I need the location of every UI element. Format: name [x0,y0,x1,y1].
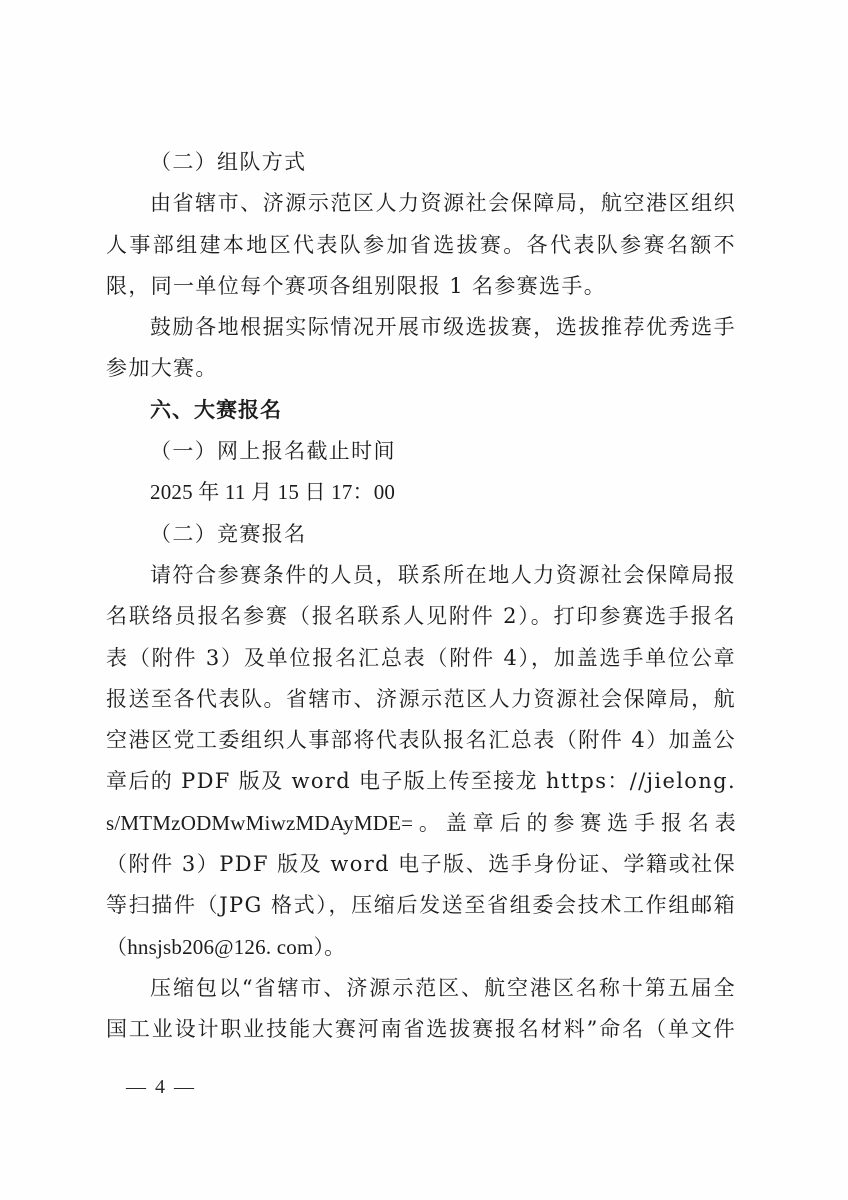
paragraph-line: 名联络员报名参赛（报名联系人见附件 2）。打印参赛选手报名 [106,596,736,637]
paragraph-line: （附件 3）PDF 版及 word 电子版、选手身份证、学籍或社保证明 [106,844,736,885]
paragraph-line-with-url: 章后的 PDF 版及 word 电子版上传至接龙 https：//jielong… [106,761,736,802]
paragraph-line: 由省辖市、济源示范区人力资源社会保障局，航空港区组织 [106,183,736,224]
paragraph-line: 表（附件 3）及单位报名汇总表（附件 4），加盖选手单位公章后 [106,638,736,679]
paragraph-line: 请符合参赛条件的人员，联系所在地人力资源社会保障局报 [106,555,736,596]
paragraph-line: 压缩包以“省辖市、济源示范区、航空港区名称十第五届全 [106,968,736,1009]
paragraph-line: 空港区党工委组织人事部将代表队报名汇总表（附件 4）加盖公 [106,720,736,761]
paragraph-line: 等扫描件（JPG 格式），压缩后发送至省组委会技术工作组邮箱 [106,885,736,926]
paragraph-line: 参加大赛。 [106,348,736,389]
document-body: （二）组队方式 由省辖市、济源示范区人力资源社会保障局，航空港区组织 人事部组建… [106,142,736,1051]
paragraph-line: 报送至各代表队。省辖市、济源示范区人力资源社会保障局，航 [106,679,736,720]
document-page: （二）组队方式 由省辖市、济源示范区人力资源社会保障局，航空港区组织 人事部组建… [0,0,848,1200]
paragraph-line: 人事部组建本地区代表队参加省选拔赛。各代表队参赛名额不 [106,225,736,266]
deadline-value: 2025 年 11 月 15 日 17：00 [106,472,736,513]
paragraph-line-email: （hnsjsb206@126. com）。 [106,927,736,968]
paragraph-line: 国工业设计职业技能大赛河南省选拔赛报名材料”命名（单文件 [106,1009,736,1050]
page-number: — 4 — [126,1073,196,1101]
section-heading-registration: 六、大赛报名 [106,390,736,431]
paragraph-line: 限，同一单位每个赛项各组别限报 1 名参赛选手。 [106,266,736,307]
paragraph-line-with-url: s/MTMzODMwMiwzMDAyMDE=。盖章后的参赛选手报名表 [106,803,736,844]
section-subheading-deadline: （一）网上报名截止时间 [106,431,736,472]
section-subheading-competition-registration: （二）竞赛报名 [106,514,736,555]
section-subheading-team-formation: （二）组队方式 [106,142,736,183]
paragraph-line: 鼓励各地根据实际情况开展市级选拔赛，选拔推荐优秀选手 [106,307,736,348]
